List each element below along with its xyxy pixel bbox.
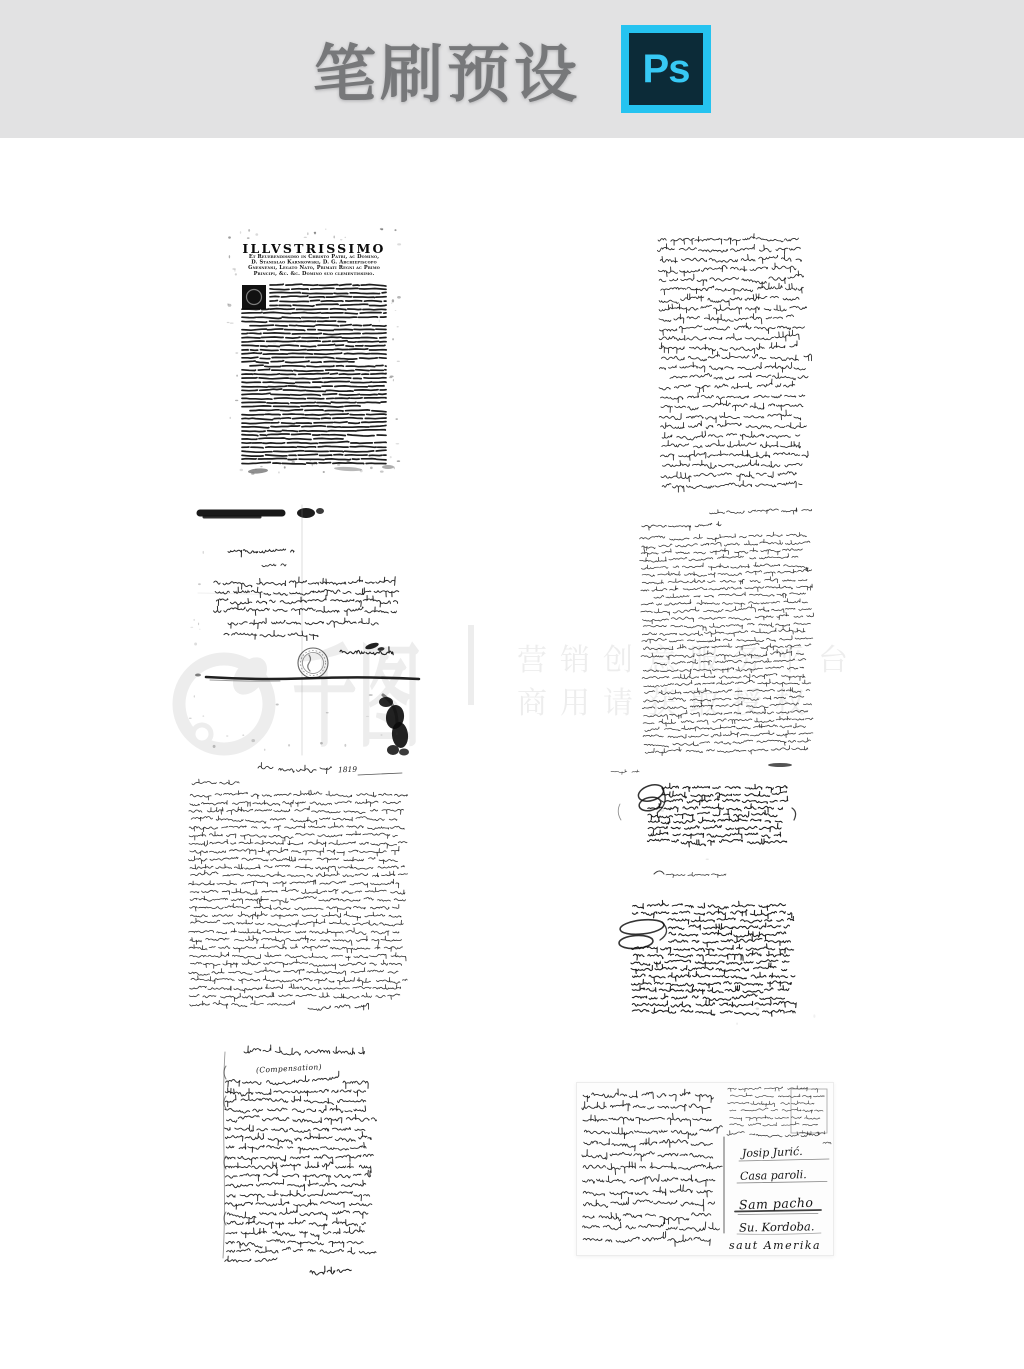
page-title: 笔刷预设 [313, 24, 581, 115]
photoshop-logo-label: Ps [643, 47, 690, 92]
brush-sample-printed-title-page: ILLVSTRISSIMO Et Reuerendissimo in Chris… [228, 228, 400, 474]
photoshop-logo-tile: Ps [629, 33, 703, 105]
brush-sample-secretary-hand [610, 764, 820, 1028]
brush-preset-poster: 笔刷预设 Ps 千图 营销创意服务平台 商用请获取授权 ILLVSTRISSIM… [0, 0, 1024, 1369]
brush-sample-letter-with-dateline [637, 504, 820, 760]
brush-sample-poem-draft: (Compensation) [218, 1044, 382, 1284]
latin-subtitle-block: Et Reuerendissimo in Christo Patri, ac D… [228, 254, 400, 276]
photoshop-logo: Ps [621, 25, 711, 113]
brush-sample-folded-note-with-seal [190, 505, 414, 757]
brush-sample-postcard: Josip Jurić. Casa paroli. Sam pacho Su. … [576, 1082, 834, 1256]
brush-sample-cursive-letter [657, 233, 818, 493]
latin-subtitle-line: Principi, &c. &c. Domino suo clementissi… [228, 271, 400, 277]
brush-sample-letter-1819: 1819 [190, 762, 412, 1014]
postcard-address-line: Josip Jurić. [742, 1145, 803, 1160]
watermark-separator [468, 625, 474, 705]
postcard-address-line: Casa paroli. [740, 1168, 807, 1183]
header-banner: 笔刷预设 Ps [0, 0, 1024, 138]
postcard-address-line: saut Amerika [729, 1239, 821, 1252]
postcard-address-line: Sam pacho [739, 1195, 814, 1213]
postcard-address-line: Su. Kordoba. [739, 1219, 815, 1234]
letter-year: 1819 [338, 765, 357, 775]
